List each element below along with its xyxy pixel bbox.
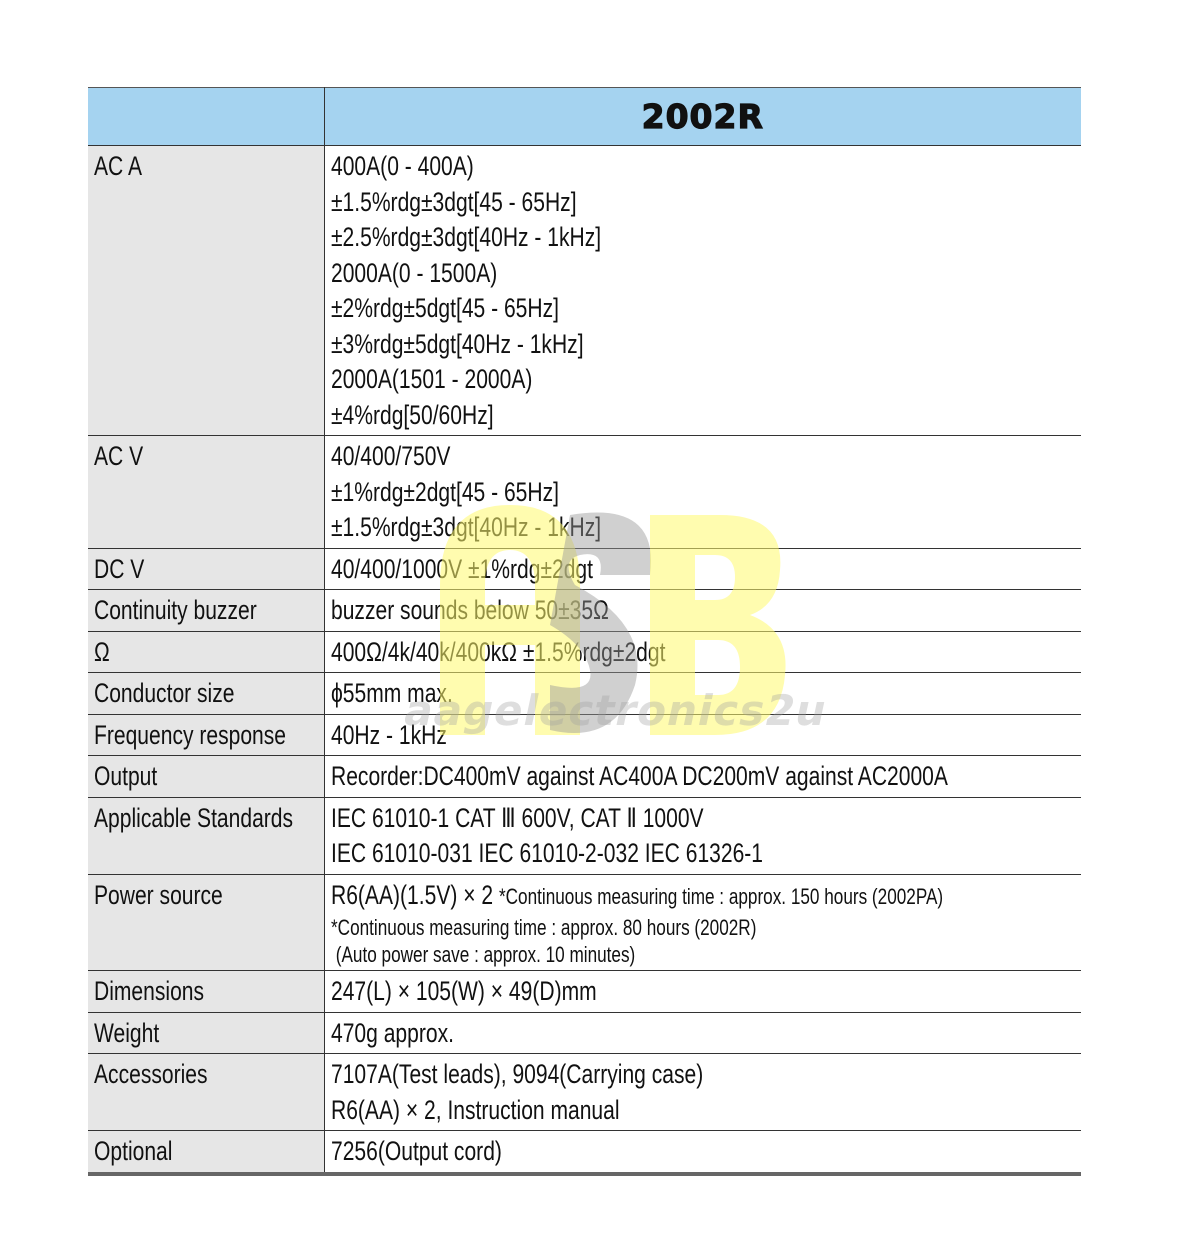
spec-value-text: ±4%rdg[50/60Hz] bbox=[331, 398, 494, 434]
spec-value: R6(AA)(1.5V) × 2 *Continuous measuring t… bbox=[324, 874, 1081, 971]
spec-label: Frequency response bbox=[88, 714, 324, 756]
spec-value-line: 40Hz - 1kHz bbox=[331, 718, 1076, 754]
spec-value: 40/400/750V±1%rdg±2dgt[45 - 65Hz]±1.5%rd… bbox=[324, 436, 1081, 549]
table-row: Ω400Ω/4k/40k/400kΩ ±1.5%rdg±2dgt bbox=[88, 631, 1081, 673]
spec-body: AC A400A(0 - 400A)±1.5%rdg±3dgt[45 - 65H… bbox=[88, 146, 1081, 1174]
spec-label: Continuity buzzer bbox=[88, 590, 324, 632]
spec-value: 400Ω/4k/40k/400kΩ ±1.5%rdg±2dgt bbox=[324, 631, 1081, 673]
table-row: Power sourceR6(AA)(1.5V) × 2 *Continuous… bbox=[88, 874, 1081, 971]
spec-value-text: 7107A(Test leads), 9094(Carrying case) bbox=[331, 1057, 703, 1093]
spec-value-line: ±2%rdg±5dgt[45 - 65Hz] bbox=[331, 291, 1076, 327]
table-row: Weight470g approx. bbox=[88, 1012, 1081, 1054]
spec-value-line: R6(AA) × 2, Instruction manual bbox=[331, 1093, 1076, 1129]
table-row: Continuity buzzerbuzzer sounds below 50±… bbox=[88, 590, 1081, 632]
spec-value: 40Hz - 1kHz bbox=[324, 714, 1081, 756]
table-row: AC V40/400/750V±1%rdg±2dgt[45 - 65Hz]±1.… bbox=[88, 436, 1081, 549]
spec-value-text: 40/400/1000V ±1%rdg±2dgt bbox=[331, 552, 593, 588]
table-row: AC A400A(0 - 400A)±1.5%rdg±3dgt[45 - 65H… bbox=[88, 146, 1081, 436]
spec-label-text: AC A bbox=[94, 149, 142, 185]
power-note-text: (Auto power save : approx. 10 minutes) bbox=[331, 941, 635, 968]
spec-value-line: 7256(Output cord) bbox=[331, 1134, 1076, 1170]
spec-value-text: 247(L) × 105(W) × 49(D)mm bbox=[331, 974, 597, 1010]
spec-label: AC V bbox=[88, 436, 324, 549]
spec-value-line: 2000A(0 - 1500A) bbox=[331, 256, 1076, 292]
spec-value-text: 470g approx. bbox=[331, 1016, 454, 1052]
spec-label-text: Accessories bbox=[94, 1057, 208, 1093]
spec-value-text: 40/400/750V bbox=[331, 439, 450, 475]
spec-label: Dimensions bbox=[88, 971, 324, 1013]
spec-label-text: Frequency response bbox=[94, 718, 286, 754]
spec-value: Recorder:DC400mV against AC400A DC200mV … bbox=[324, 756, 1081, 798]
header-label-cell bbox=[88, 88, 324, 146]
table-row: Conductor sizeϕ55mm max. bbox=[88, 673, 1081, 715]
spec-value-text: buzzer sounds below 50±35Ω bbox=[331, 593, 609, 629]
spec-value-text: R6(AA) × 2, Instruction manual bbox=[331, 1093, 620, 1129]
spec-value-text: ±1%rdg±2dgt[45 - 65Hz] bbox=[331, 475, 559, 511]
spec-table: 2002R AC A400A(0 - 400A)±1.5%rdg±3dgt[45… bbox=[88, 87, 1081, 1176]
spec-value-text: Recorder:DC400mV against AC400A DC200mV … bbox=[331, 759, 948, 795]
power-note-line: (Auto power save : approx. 10 minutes) bbox=[331, 941, 1076, 968]
spec-value: ϕ55mm max. bbox=[324, 673, 1081, 715]
spec-value-text: R6(AA)(1.5V) × 2 *Continuous measuring t… bbox=[331, 878, 943, 915]
spec-value-line: ϕ55mm max. bbox=[331, 676, 1076, 712]
power-main-note: *Continuous measuring time : approx. 150… bbox=[498, 884, 942, 909]
spec-value-text: 400Ω/4k/40k/400kΩ ±1.5%rdg±2dgt bbox=[331, 635, 665, 671]
table-row: Frequency response40Hz - 1kHz bbox=[88, 714, 1081, 756]
model-header: 2002R bbox=[324, 88, 1081, 146]
spec-value-line: 470g approx. bbox=[331, 1016, 1076, 1052]
spec-label: Conductor size bbox=[88, 673, 324, 715]
table-header-row: 2002R bbox=[88, 88, 1081, 146]
spec-label: Accessories bbox=[88, 1054, 324, 1131]
spec-label: Ω bbox=[88, 631, 324, 673]
spec-value: 40/400/1000V ±1%rdg±2dgt bbox=[324, 548, 1081, 590]
spec-value-text: 40Hz - 1kHz bbox=[331, 718, 447, 754]
spec-value-line: ±2.5%rdg±3dgt[40Hz - 1kHz] bbox=[331, 220, 1076, 256]
power-main: R6(AA)(1.5V) × 2 bbox=[331, 880, 493, 910]
spec-value-text: ±1.5%rdg±3dgt[45 - 65Hz] bbox=[331, 185, 577, 221]
spec-value: 470g approx. bbox=[324, 1012, 1081, 1054]
spec-value-text: IEC 61010-031 IEC 61010-2-032 IEC 61326-… bbox=[331, 836, 763, 872]
spec-value-text: ±2.5%rdg±3dgt[40Hz - 1kHz] bbox=[331, 220, 601, 256]
spec-value-line: ±1%rdg±2dgt[45 - 65Hz] bbox=[331, 475, 1076, 511]
spec-label-text: DC V bbox=[94, 552, 144, 588]
table-row: Optional7256(Output cord) bbox=[88, 1131, 1081, 1174]
spec-label: Power source bbox=[88, 874, 324, 971]
spec-value: 400A(0 - 400A)±1.5%rdg±3dgt[45 - 65Hz]±2… bbox=[324, 146, 1081, 436]
spec-label-text: Dimensions bbox=[94, 974, 204, 1010]
spec-value-line: IEC 61010-031 IEC 61010-2-032 IEC 61326-… bbox=[331, 836, 1076, 872]
spec-value-line: ±4%rdg[50/60Hz] bbox=[331, 398, 1076, 434]
spec-value: 7256(Output cord) bbox=[324, 1131, 1081, 1174]
spec-label: Applicable Standards bbox=[88, 797, 324, 874]
spec-label: DC V bbox=[88, 548, 324, 590]
spec-value: 247(L) × 105(W) × 49(D)mm bbox=[324, 971, 1081, 1013]
spec-value: buzzer sounds below 50±35Ω bbox=[324, 590, 1081, 632]
spec-label-text: Weight bbox=[94, 1016, 159, 1052]
spec-value-text: ±3%rdg±5dgt[40Hz - 1kHz] bbox=[331, 327, 584, 363]
spec-value-line: 2000A(1501 - 2000A) bbox=[331, 362, 1076, 398]
spec-value-line: ±1.5%rdg±3dgt[40Hz - 1kHz] bbox=[331, 510, 1076, 546]
spec-value-text: 2000A(0 - 1500A) bbox=[331, 256, 497, 292]
spec-value-text: ±1.5%rdg±3dgt[40Hz - 1kHz] bbox=[331, 510, 601, 546]
spec-value-text: ϕ55mm max. bbox=[331, 676, 453, 712]
spec-label-text: Output bbox=[94, 759, 157, 795]
table-row: Dimensions247(L) × 105(W) × 49(D)mm bbox=[88, 971, 1081, 1013]
spec-value-text: ±2%rdg±5dgt[45 - 65Hz] bbox=[331, 291, 559, 327]
spec-label-text: Applicable Standards bbox=[94, 801, 293, 837]
spec-label: Output bbox=[88, 756, 324, 798]
spec-value-line: 247(L) × 105(W) × 49(D)mm bbox=[331, 974, 1076, 1010]
spec-value-text: 400A(0 - 400A) bbox=[331, 149, 474, 185]
power-note-line: *Continuous measuring time : approx. 80 … bbox=[331, 914, 1076, 941]
spec-value-line: 7107A(Test leads), 9094(Carrying case) bbox=[331, 1057, 1076, 1093]
spec-value-text: 2000A(1501 - 2000A) bbox=[331, 362, 532, 398]
power-note-text: *Continuous measuring time : approx. 80 … bbox=[331, 914, 756, 941]
spec-value-text: IEC 61010-1 CAT Ⅲ 600V, CAT Ⅱ 1000V bbox=[331, 801, 704, 837]
spec-label-text: AC V bbox=[94, 439, 143, 475]
spec-value-line: IEC 61010-1 CAT Ⅲ 600V, CAT Ⅱ 1000V bbox=[331, 801, 1076, 837]
spec-value-line: 400Ω/4k/40k/400kΩ ±1.5%rdg±2dgt bbox=[331, 635, 1076, 671]
spec-label: AC A bbox=[88, 146, 324, 436]
spec-value: IEC 61010-1 CAT Ⅲ 600V, CAT Ⅱ 1000VIEC 6… bbox=[324, 797, 1081, 874]
spec-label-text: Conductor size bbox=[94, 676, 234, 712]
table-row: OutputRecorder:DC400mV against AC400A DC… bbox=[88, 756, 1081, 798]
table-row: Applicable StandardsIEC 61010-1 CAT Ⅲ 60… bbox=[88, 797, 1081, 874]
spec-label: Weight bbox=[88, 1012, 324, 1054]
spec-label-text: Ω bbox=[94, 635, 110, 671]
spec-value-line: ±1.5%rdg±3dgt[45 - 65Hz] bbox=[331, 185, 1076, 221]
spec-label-text: Power source bbox=[94, 878, 223, 914]
table-row: Accessories7107A(Test leads), 9094(Carry… bbox=[88, 1054, 1081, 1131]
spec-value-line: R6(AA)(1.5V) × 2 *Continuous measuring t… bbox=[331, 878, 1076, 915]
spec-label-text: Optional bbox=[94, 1134, 172, 1170]
spec-value-line: 40/400/1000V ±1%rdg±2dgt bbox=[331, 552, 1076, 588]
spec-value-line: 400A(0 - 400A) bbox=[331, 149, 1076, 185]
spec-label-text: Continuity buzzer bbox=[94, 593, 257, 629]
spec-value-text: 7256(Output cord) bbox=[331, 1134, 502, 1170]
spec-value-line: ±3%rdg±5dgt[40Hz - 1kHz] bbox=[331, 327, 1076, 363]
spec-value-line: 40/400/750V bbox=[331, 439, 1076, 475]
spec-value-line: Recorder:DC400mV against AC400A DC200mV … bbox=[331, 759, 1076, 795]
spec-value: 7107A(Test leads), 9094(Carrying case)R6… bbox=[324, 1054, 1081, 1131]
spec-value-line: buzzer sounds below 50±35Ω bbox=[331, 593, 1076, 629]
spec-label: Optional bbox=[88, 1131, 324, 1174]
table-row: DC V40/400/1000V ±1%rdg±2dgt bbox=[88, 548, 1081, 590]
